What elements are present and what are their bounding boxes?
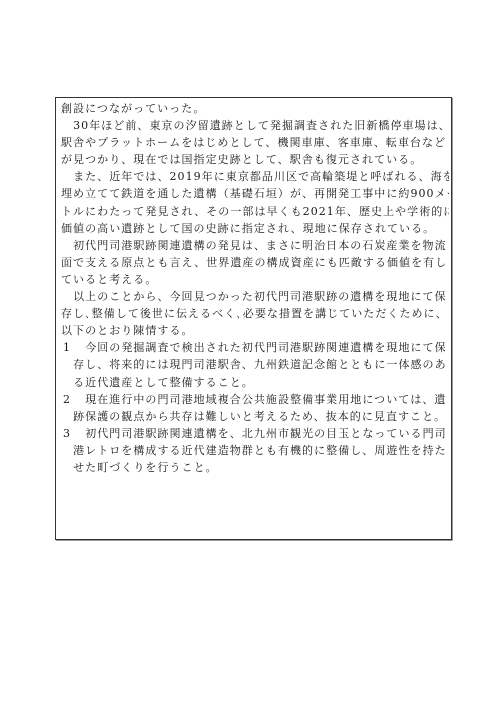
document-page: 創設につながっていった。 30年ほど前、東京の汐留遺跡として発掘調査された旧新橋… [0, 0, 500, 708]
text-line: 駅舎やプラットホームをはじめとして、機関車庫、客車庫、転車台など [61, 134, 449, 151]
text-line: が見つかり、現在では国指定史跡として、駅舎も復元されている。 [61, 151, 449, 168]
item-first-line: 2 現在進行中の門司港地域複合公共施設整備事業用地については、遺 [61, 391, 449, 408]
text-line: また、近年では、2019年に東京都品川区で高輪築堤と呼ばれる、海を [61, 168, 449, 185]
text-line: 存し､整備して後世に伝えるべく､必要な措置を講じていただくために、 [61, 305, 449, 322]
petition-body: 創設につながっていった。 30年ほど前、東京の汐留遺跡として発掘調査された旧新橋… [61, 100, 449, 476]
text-line: ていると考える。 [61, 271, 449, 288]
text-line: 埋め立てて鉄道を通した遺構（基礎石垣）が、再開発工事中に約900メー [61, 185, 449, 202]
text-line: 初代門司港駅跡関連遺構の発見は、まさに明治日本の石炭産業を物流 [61, 237, 449, 254]
item-text: 現在進行中の門司港地域複合公共施設整備事業用地については、遺 [85, 391, 446, 408]
item-number: 1 [61, 339, 85, 356]
item-continuation-line: 港レトロを構成する近代建造物群とも有機的に整備し、周遊性を持た [61, 442, 449, 459]
item-number: 2 [61, 391, 85, 408]
item-number: 3 [61, 425, 85, 442]
item-continuation-line: る近代遺産として整備すること。 [61, 374, 449, 391]
item-continuation-line: 跡保護の観点から共存は難しいと考えるため、抜本的に見直すこと。 [61, 408, 449, 425]
petition-item-2: 2 現在進行中の門司港地域複合公共施設整備事業用地については、遺 跡保護の観点か… [61, 391, 449, 425]
text-line: 価値の高い遺跡として国の史跡に指定され、現地に保存されている。 [61, 220, 449, 237]
item-continuation-line: せた町づくりを行うこと。 [61, 459, 449, 476]
petition-text-box: 創設につながっていった。 30年ほど前、東京の汐留遺跡として発掘調査された旧新橋… [55, 97, 452, 540]
text-line: 面で支える原点とも言え、世界遺産の構成資産にも匹敵する価値を有し [61, 254, 449, 271]
item-continuation-line: 存し、将来的には現門司港駅舎、九州鉄道記念館とともに一体感のあ [61, 356, 449, 373]
item-text: 初代門司港駅跡関連遺構を、北九州市観光の目玉となっている門司 [85, 425, 447, 442]
item-text: 今回の発掘調査で検出された初代門司港駅跡関連遺構を現地にて保 [85, 339, 447, 356]
petition-item-3: 3 初代門司港駅跡関連遺構を、北九州市観光の目玉となっている門司 港レトロを構成… [61, 425, 449, 476]
text-line: 以上のことから、今回見つかった初代門司港駅跡の遺構を現地にて保 [61, 288, 449, 305]
text-line: 創設につながっていった。 [61, 100, 449, 117]
item-first-line: 3 初代門司港駅跡関連遺構を、北九州市観光の目玉となっている門司 [61, 425, 449, 442]
text-line: 以下のとおり陳情する。 [61, 322, 449, 339]
text-line: 30年ほど前、東京の汐留遺跡として発掘調査された旧新橋停車場は、 [61, 117, 449, 134]
petition-item-1: 1 今回の発掘調査で検出された初代門司港駅跡関連遺構を現地にて保 存し、将来的に… [61, 339, 449, 390]
text-line: トルにわたって発見され、その一部は早くも2021年、歴史上や学術的に [61, 203, 449, 220]
item-first-line: 1 今回の発掘調査で検出された初代門司港駅跡関連遺構を現地にて保 [61, 339, 449, 356]
